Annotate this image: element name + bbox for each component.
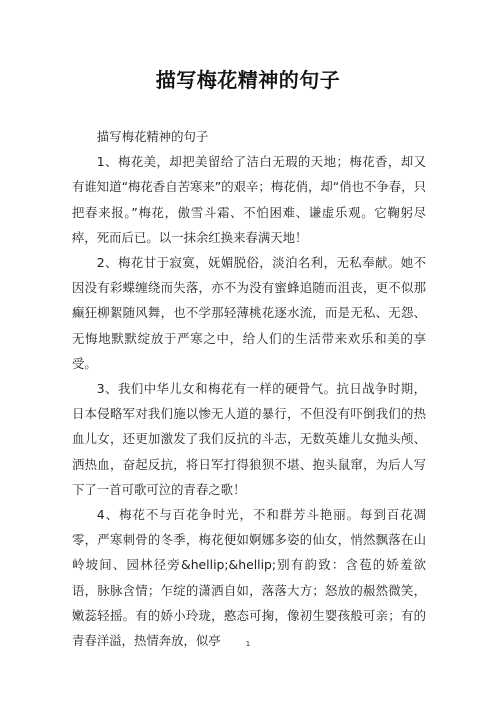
document-page: 描写梅花精神的句子 描写梅花精神的句子 1、梅花美，却把美留给了洁白无瑕的天地；… (0, 0, 496, 702)
paragraph-4: 4、梅花不与百花争时光，不和群芳斗艳丽。每到百花凋零，严寒刺骨的冬季，梅花便如婀… (72, 502, 426, 653)
paragraph-1: 1、梅花美，却把美留给了洁白无瑕的天地；梅花香，却又有谁知道“梅花香自苦寒来”的… (72, 149, 426, 250)
page-number: 1 (0, 640, 496, 648)
document-title: 描写梅花精神的句子 (0, 66, 496, 94)
paragraph-2: 2、梅花甘于寂寞，妩媚脱俗，淡泊名利，无私奉献。她不因没有彩蝶缠绕而失落，亦不为… (72, 250, 426, 376)
document-body: 描写梅花精神的句子 1、梅花美，却把美留给了洁白无瑕的天地；梅花香，却又有谁知道… (72, 124, 426, 653)
paragraph-3: 3、我们中华儿女和梅花有一样的硬骨气。抗日战争时期，日本侵略军对我们施以惨无人道… (72, 376, 426, 502)
document-subtitle: 描写梅花精神的句子 (72, 124, 426, 149)
